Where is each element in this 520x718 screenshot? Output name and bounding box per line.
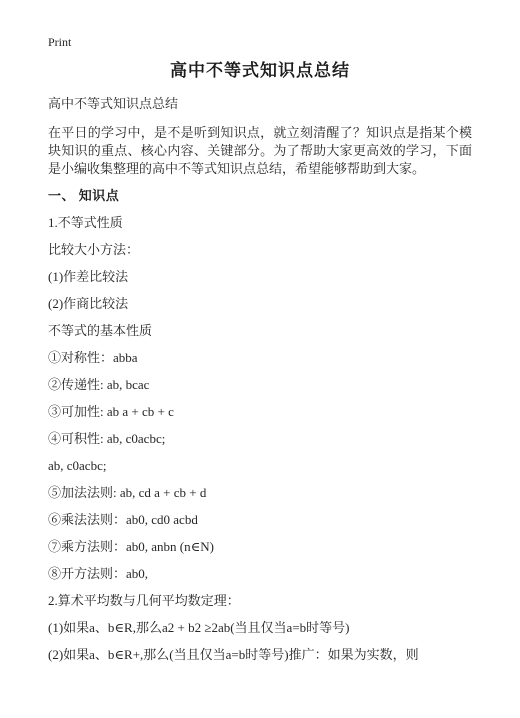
doc-line: ④可积性: ab, c0acbc; xyxy=(48,432,472,446)
doc-line: 不等式的基本性质 xyxy=(48,324,472,338)
doc-line: (1)作差比较法 xyxy=(48,270,472,284)
doc-line: ③可加性: ab a + cb + c xyxy=(48,405,472,419)
doc-line: (2)如果a、b∈R+,那么(当且仅当a=b时等号)推广：如果为实数，则 xyxy=(48,648,472,662)
doc-line: 在平日的学习中，是不是听到知识点，就立刻清醒了？知识点是指某个模块知识的重点、核… xyxy=(48,124,472,178)
document-page: Print 高中不等式知识点总结 高中不等式知识点总结在平日的学习中，是不是听到… xyxy=(0,0,520,718)
doc-line: 比较大小方法： xyxy=(48,243,472,257)
doc-line: 一、 知识点 xyxy=(48,189,472,203)
doc-line: (2)作商比较法 xyxy=(48,297,472,311)
doc-line: ⑤加法法则: ab, cd a + cb + d xyxy=(48,486,472,500)
doc-line: 2.算术平均数与几何平均数定理： xyxy=(48,594,472,608)
doc-line: ⑦乘方法则：ab0, anbn (n∈N) xyxy=(48,540,472,554)
doc-line: ⑧开方法则：ab0, xyxy=(48,567,472,581)
document-body: 高中不等式知识点总结在平日的学习中，是不是听到知识点，就立刻清醒了？知识点是指某… xyxy=(48,97,472,662)
document-title: 高中不等式知识点总结 xyxy=(48,62,472,80)
doc-line: 高中不等式知识点总结 xyxy=(48,97,472,111)
doc-line: ②传递性: ab, bcac xyxy=(48,378,472,392)
doc-line: ab, c0acbc; xyxy=(48,459,472,473)
doc-line: ①对称性：abba xyxy=(48,351,472,365)
print-link[interactable]: Print xyxy=(48,36,71,48)
doc-line: ⑥乘法法则：ab0, cd0 acbd xyxy=(48,513,472,527)
doc-line: 1.不等式性质 xyxy=(48,216,472,230)
doc-line: (1)如果a、b∈R,那么a2 + b2 ≥2ab(当且仅当a=b时等号) xyxy=(48,621,472,635)
